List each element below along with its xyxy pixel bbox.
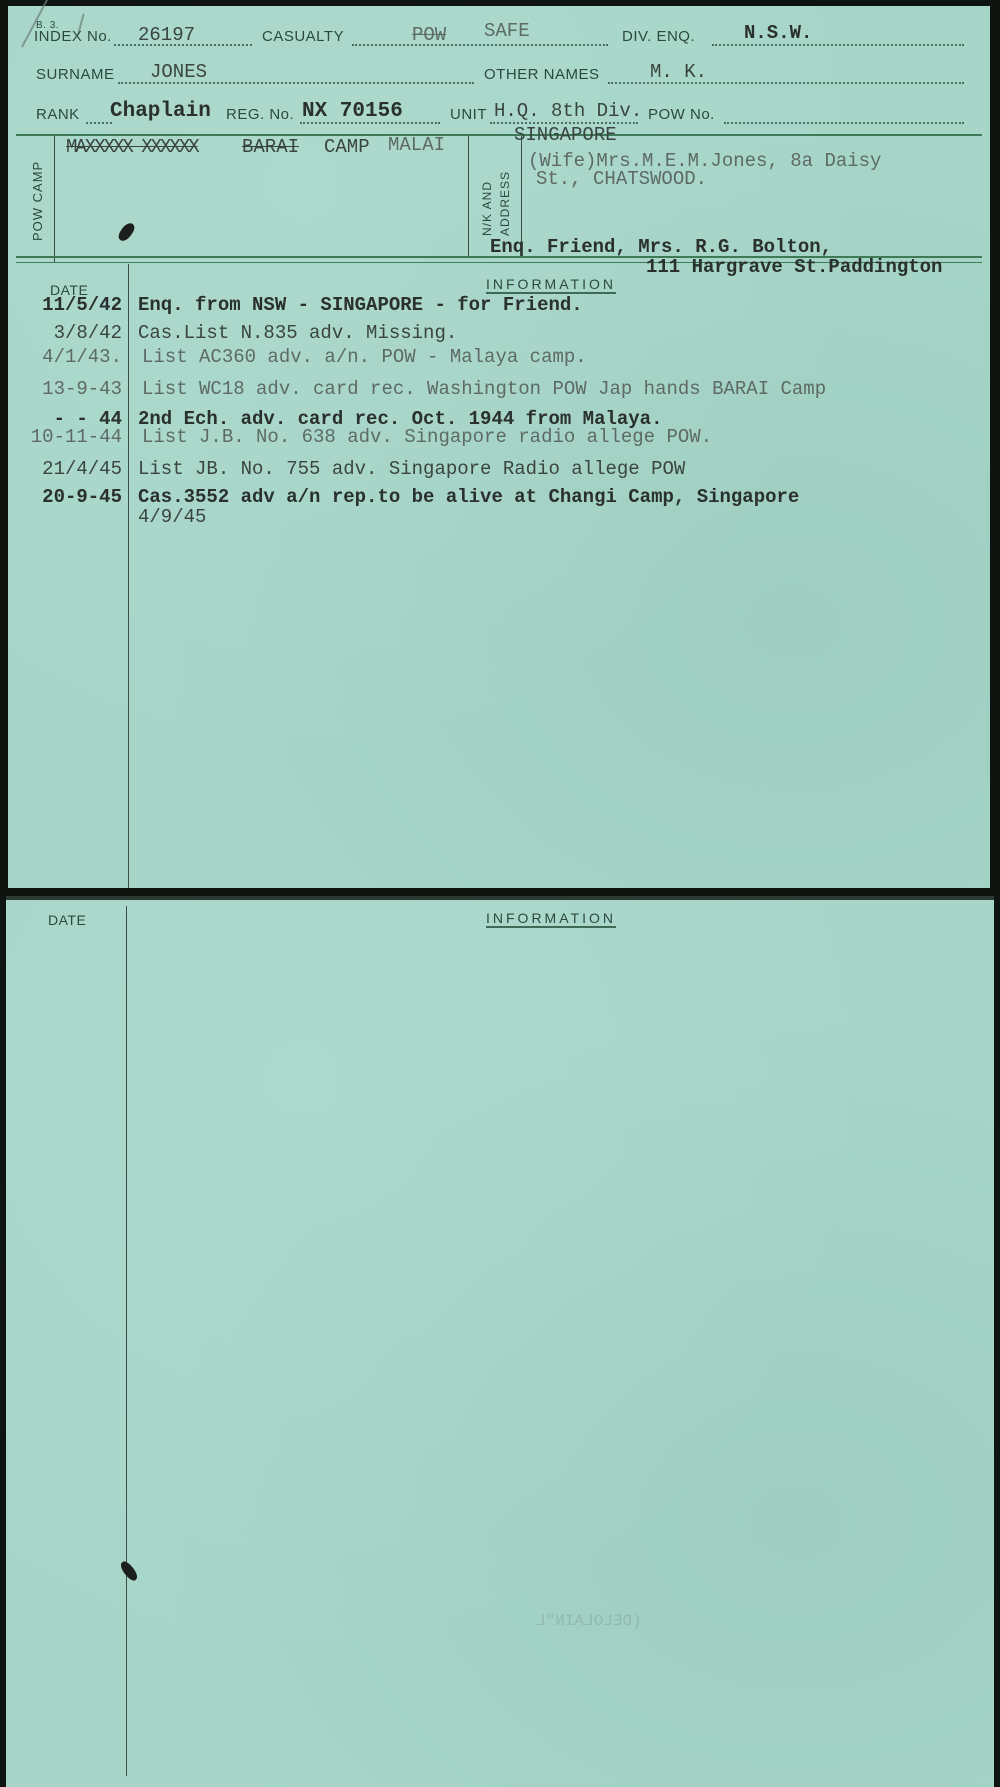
info-row-date: 20-9-45 xyxy=(42,486,122,508)
nk-address-line1: SINGAPORE xyxy=(514,124,617,146)
other-names-label: OTHER NAMES xyxy=(484,66,600,83)
info-row-date: 3/8/42 xyxy=(54,322,122,344)
unit-value: H.Q. 8th Div. xyxy=(494,100,642,122)
casualty-struck-value: POW xyxy=(412,24,446,46)
div-enq-value: N.S.W. xyxy=(744,22,812,44)
index-label: INDEX No. xyxy=(34,28,112,45)
info-row-date: 13-9-43 xyxy=(42,378,122,400)
info-row-date: 10-11-44 xyxy=(31,426,122,448)
info-row-text: 4/9/45 xyxy=(138,506,206,528)
bleed-through-text: (DELOLAIN"L xyxy=(536,1612,642,1630)
casualty-label: CASUALTY xyxy=(262,28,344,45)
info-row-text: List AC360 adv. a/n. POW - Malaya camp. xyxy=(142,346,587,368)
surname-value: JONES xyxy=(150,61,207,83)
reg-no-value: NX 70156 xyxy=(302,100,403,123)
ink-blot xyxy=(118,1559,140,1582)
info-row-text: List JB. No. 755 adv. Singapore Radio al… xyxy=(138,458,685,480)
index-card-back: DATE INFORMATION (DELOLAIN"L xyxy=(6,896,994,1787)
info-row-text: List WC18 adv. card rec. Washington POW … xyxy=(142,378,826,400)
surname-label: SURNAME xyxy=(36,66,115,83)
nk-address-line5: 111 Hargrave St.Paddington xyxy=(646,256,942,278)
index-value: 26197 xyxy=(138,24,195,46)
pow-no-label: POW No. xyxy=(648,106,715,123)
nk-address-line3: St., CHATSWOOD. xyxy=(536,168,707,190)
info-row-text: Cas.3552 adv a/n rep.to be alive at Chan… xyxy=(138,486,799,508)
pow-camp-place: MALAI xyxy=(388,134,445,156)
div-enq-label: DIV. ENQ. xyxy=(622,28,695,45)
information-header: INFORMATION xyxy=(486,276,616,294)
casualty-value: SAFE xyxy=(484,20,530,42)
pow-camp-label: POW CAMP xyxy=(30,161,45,241)
info-row-text: List J.B. No. 638 adv. Singapore radio a… xyxy=(142,426,712,448)
nk-label-line2: ADDRESS xyxy=(498,171,512,236)
info-row-date: 21/4/45 xyxy=(42,458,122,480)
rank-label: RANK xyxy=(36,106,80,123)
reg-no-label: REG. No. xyxy=(226,106,294,123)
ink-blot xyxy=(116,221,136,244)
info-row-text: Enq. from NSW - SINGAPORE - for Friend. xyxy=(138,294,583,316)
back-information-header: INFORMATION xyxy=(486,910,616,928)
unit-label: UNIT xyxy=(450,106,487,123)
pow-camp-struck-1: MAXXXXX XXXXXX xyxy=(66,136,198,158)
index-card-front: B. 3. INDEX No. 26197 CASUALTY POW SAFE … xyxy=(8,6,990,888)
rank-value: Chaplain xyxy=(110,100,211,123)
nk-address-line4: Enq. Friend, Mrs. R.G. Bolton, xyxy=(490,236,832,258)
back-date-header: DATE xyxy=(48,912,86,928)
other-names-value: M. K. xyxy=(650,61,707,83)
pow-camp-struck-2: BARAI xyxy=(242,136,299,158)
pow-camp-value: CAMP xyxy=(324,136,370,158)
info-row-date: 11/5/42 xyxy=(42,294,122,316)
info-row-date: 4/1/43. xyxy=(42,346,122,368)
nk-label-line1: N/K AND xyxy=(480,181,494,236)
info-row-text: Cas.List N.835 adv. Missing. xyxy=(138,322,457,344)
